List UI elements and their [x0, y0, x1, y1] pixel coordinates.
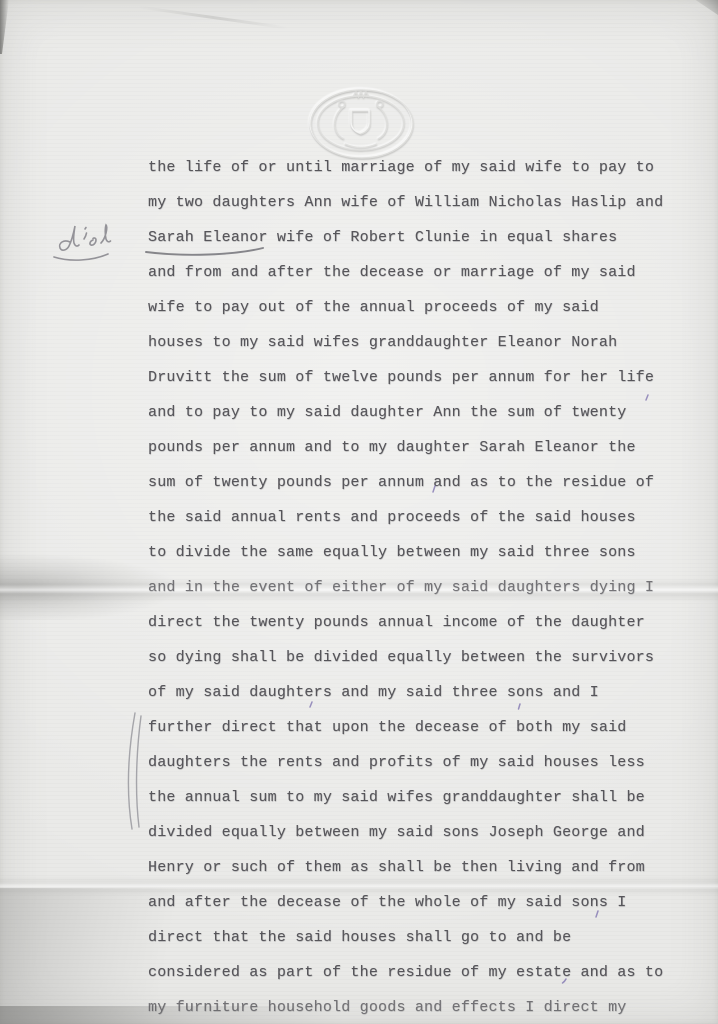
- died-underline: [54, 254, 108, 260]
- paper-edge-top-right: [690, 0, 718, 15]
- typed-line: wife to pay out of the annual proceeds o…: [148, 290, 688, 325]
- typed-line: direct the twenty pounds annual income o…: [148, 605, 688, 640]
- typed-line: the annual sum to my said wifes granddau…: [148, 780, 688, 815]
- typed-line: and from and after the decease or marria…: [148, 255, 688, 290]
- typed-line: and after the decease of the whole of my…: [148, 885, 688, 920]
- typed-line: Druvitt the sum of twelve pounds per ann…: [148, 360, 688, 395]
- typed-line: pounds per annum and to my daughter Sara…: [148, 430, 688, 465]
- typed-line: my furniture household goods and effects…: [148, 990, 688, 1024]
- typed-line: the life of or until marriage of my said…: [148, 150, 688, 185]
- document-page: the life of or until marriage of my said…: [0, 0, 718, 1024]
- fold-crease-top: [139, 6, 288, 30]
- margin-pencil-strokes: [128, 713, 141, 829]
- typed-line: the said annual rents and proceeds of th…: [148, 500, 688, 535]
- typed-line: sum of twenty pounds per annum and as to…: [148, 465, 688, 500]
- typed-line: direct that the said houses shall go to …: [148, 920, 688, 955]
- typed-line: my two daughters Ann wife of William Nic…: [148, 185, 688, 220]
- typed-line: considered as part of the residue of my …: [148, 955, 688, 990]
- paper-edge-top-left: [0, 0, 9, 54]
- typed-line: divided equally between my said sons Jos…: [148, 815, 688, 850]
- typed-line: Sarah Eleanor wife of Robert Clunie in e…: [148, 220, 688, 255]
- typed-line: Henry or such of them as shall be then l…: [148, 850, 688, 885]
- handwritten-died-annotation: [54, 225, 111, 260]
- typed-line: further direct that upon the decease of …: [148, 710, 688, 745]
- typed-line: and in the event of either of my said da…: [148, 570, 688, 605]
- typed-line: to divide the same equally between my sa…: [148, 535, 688, 570]
- typed-line: daughters the rents and profits of my sa…: [148, 745, 688, 780]
- typed-line: of my said daughters and my said three s…: [148, 675, 688, 710]
- typed-line: and to pay to my said daughter Ann the s…: [148, 395, 688, 430]
- typed-line: houses to my said wifes granddaughter El…: [148, 325, 688, 360]
- typed-line: so dying shall be divided equally betwee…: [148, 640, 688, 675]
- typed-text-block: the life of or until marriage of my said…: [148, 150, 688, 1024]
